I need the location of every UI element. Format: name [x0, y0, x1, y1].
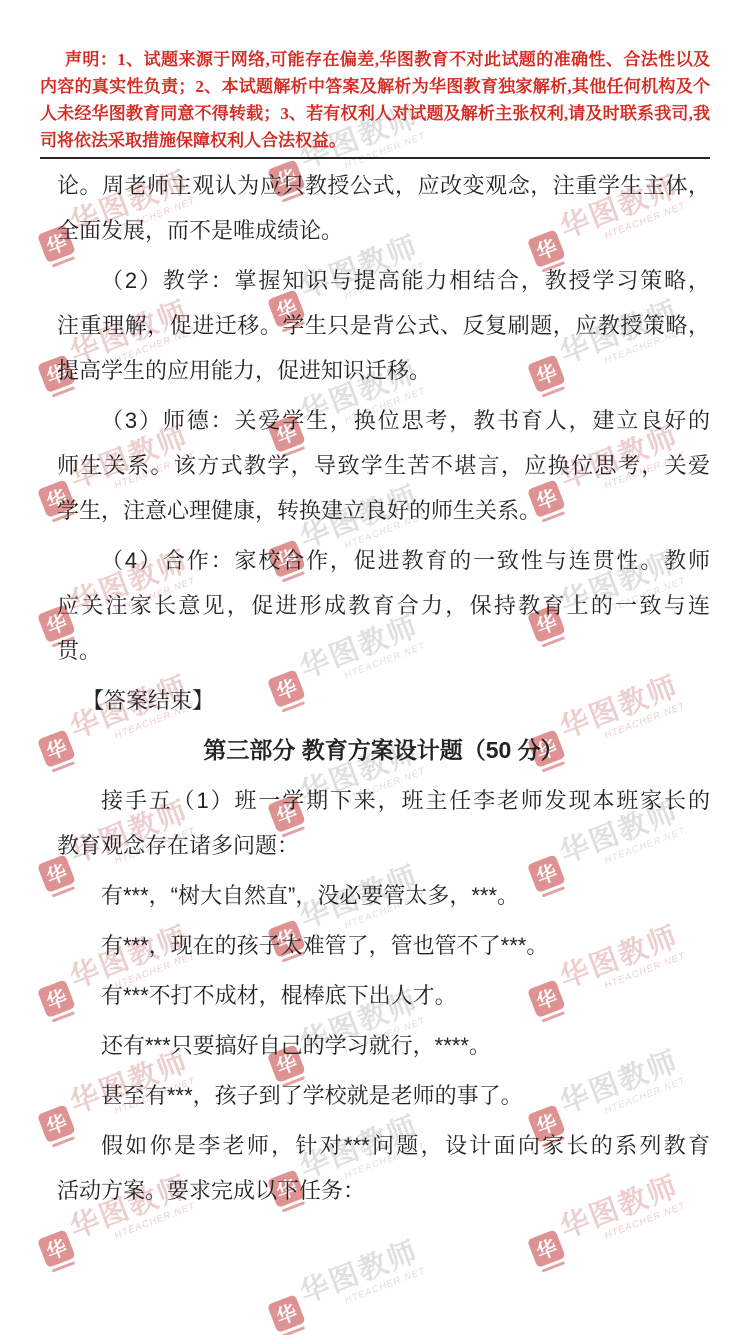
paragraph: 有***，“树大自然直”，没必要管太多，***。 [57, 873, 710, 918]
huatu-logo-char: 华 [532, 1231, 561, 1265]
paragraph: （4）合作：家校合作，促进教育的一致性与连贯性。教师应关注家长意见，促进形成教育… [57, 538, 710, 673]
watermark-subtext: HTEACHER.NET [308, 1266, 427, 1319]
watermark: 华华图教师HTEACHER.NET [263, 1237, 427, 1332]
horizontal-rule [40, 157, 710, 159]
text-line: 注重理解，促进迁移。学生只是背公式、反复刷题，应教授策略， [57, 303, 710, 348]
text-line: 论。周老师主观认为应只教授公式，应改变观念，注重学生主体， [57, 163, 710, 208]
text-line: 假如你是李老师，针对***问题，设计面向家长的系列教育 [57, 1123, 710, 1168]
paragraph: 甚至有***，孩子到了学校就是老师的事了。 [57, 1073, 710, 1118]
huatu-logo-icon: 华 [37, 1229, 76, 1268]
text-line: （3）师德：关爱学生，换位思考，教书育人，建立良好的 [57, 398, 710, 443]
answer-end-marker: 【答案结束】 [57, 678, 710, 723]
section-heading: 第三部分 教育方案设计题（50 分） [57, 728, 710, 773]
text-line: 贯。 [57, 628, 710, 673]
text-line: 还有***只要搞好自己的学习就行，****。 [57, 1023, 710, 1068]
text-line: 甚至有***，孩子到了学校就是老师的事了。 [57, 1073, 710, 1118]
text-line: （2）教学：掌握知识与提高能力相结合，教授学习策略， [57, 258, 710, 303]
paragraph: 有***，现在的孩子太难管了，管也管不了***。 [57, 923, 710, 968]
disclaimer-line: 人未经华图教育同意不得转载；3、若有权利人对试题及解析主张权利,请及时联系我司,… [40, 100, 710, 127]
paragraph: （2）教学：掌握知识与提高能力相结合，教授学习策略，注重理解，促进迁移。学生只是… [57, 258, 710, 393]
text-line: 有***，“树大自然直”，没必要管太多，***。 [57, 873, 710, 918]
huatu-logo-caption [51, 1261, 74, 1272]
text-line: （4）合作：家校合作，促进教育的一致性与连贯性。教师 [57, 538, 710, 583]
paragraph: （3）师德：关爱学生，换位思考，教书育人，建立良好的师生关系。该方式教学，导致学… [57, 398, 710, 533]
text-line: 师生关系。该方式教学，导致学生苦不堪言，应换位思考，关爱 [57, 443, 710, 488]
text-line: 第三部分 教育方案设计题（50 分） [57, 728, 710, 773]
text-line: 接手五（1）班一学期下来，班主任李老师发现本班家长的 [57, 778, 710, 823]
text-line: 有***，现在的孩子太难管了，管也管不了***。 [57, 923, 710, 968]
text-line: 提高学生的应用能力，促进知识迁移。 [57, 348, 710, 393]
document-page: 华华图教师HTEACHER.NET华华图教师HTEACHER.NET华华图教师H… [0, 0, 748, 1335]
paragraph: 假如你是李老师，针对***问题，设计面向家长的系列教育活动方案。要求完成以下任务… [57, 1123, 710, 1213]
huatu-logo-char: 华 [272, 1296, 301, 1330]
huatu-logo-icon: 华 [527, 1229, 566, 1268]
watermark-brand-text: 华图教师 [297, 1237, 423, 1309]
text-line: 全面发展，而不是唯成绩论。 [57, 208, 710, 253]
text-line: 应关注家长意见，促进形成教育合力，保持教育上的一致与连 [57, 583, 710, 628]
disclaimer-line: 内容的真实性负责；2、本试题解析中答案及解析为华图教育独家解析,其他任何机构及个 [40, 73, 710, 100]
disclaimer-line: 司将依法采取措施保障权利人合法权益。 [40, 127, 710, 154]
text-line: 【答案结束】 [57, 678, 710, 723]
text-line: 有***不打不成材，棍棒底下出人才。 [57, 973, 710, 1018]
paragraph: 接手五（1）班一学期下来，班主任李老师发现本班家长的教育观念存在诸多问题： [57, 778, 710, 868]
huatu-logo-caption [541, 1261, 564, 1272]
page-content: 声明：1、试题来源于网络,可能存在偏差,华图教育不对此试题的准确性、合法性以及内… [0, 0, 748, 1213]
disclaimer-text: 声明：1、试题来源于网络,可能存在偏差,华图教育不对此试题的准确性、合法性以及内… [40, 46, 710, 154]
paragraph: 有***不打不成材，棍棒底下出人才。 [57, 973, 710, 1018]
disclaimer-line: 声明：1、试题来源于网络,可能存在偏差,华图教育不对此试题的准确性、合法性以及 [40, 46, 710, 73]
huatu-logo-icon: 华 [267, 1294, 306, 1333]
huatu-logo-char: 华 [42, 1231, 71, 1265]
huatu-logo-caption [281, 1326, 304, 1335]
text-line: 学生，注意心理健康，转换建立良好的师生关系。 [57, 488, 710, 533]
paragraph: 论。周老师主观认为应只教授公式，应改变观念，注重学生主体，全面发展，而不是唯成绩… [57, 163, 710, 253]
document-body: 论。周老师主观认为应只教授公式，应改变观念，注重学生主体，全面发展，而不是唯成绩… [57, 163, 710, 1213]
paragraph: 还有***只要搞好自己的学习就行，****。 [57, 1023, 710, 1068]
text-line: 活动方案。要求完成以下任务： [57, 1168, 710, 1213]
text-line: 教育观念存在诸多问题： [57, 823, 710, 868]
watermark-text: 华图教师HTEACHER.NET [297, 1237, 427, 1319]
